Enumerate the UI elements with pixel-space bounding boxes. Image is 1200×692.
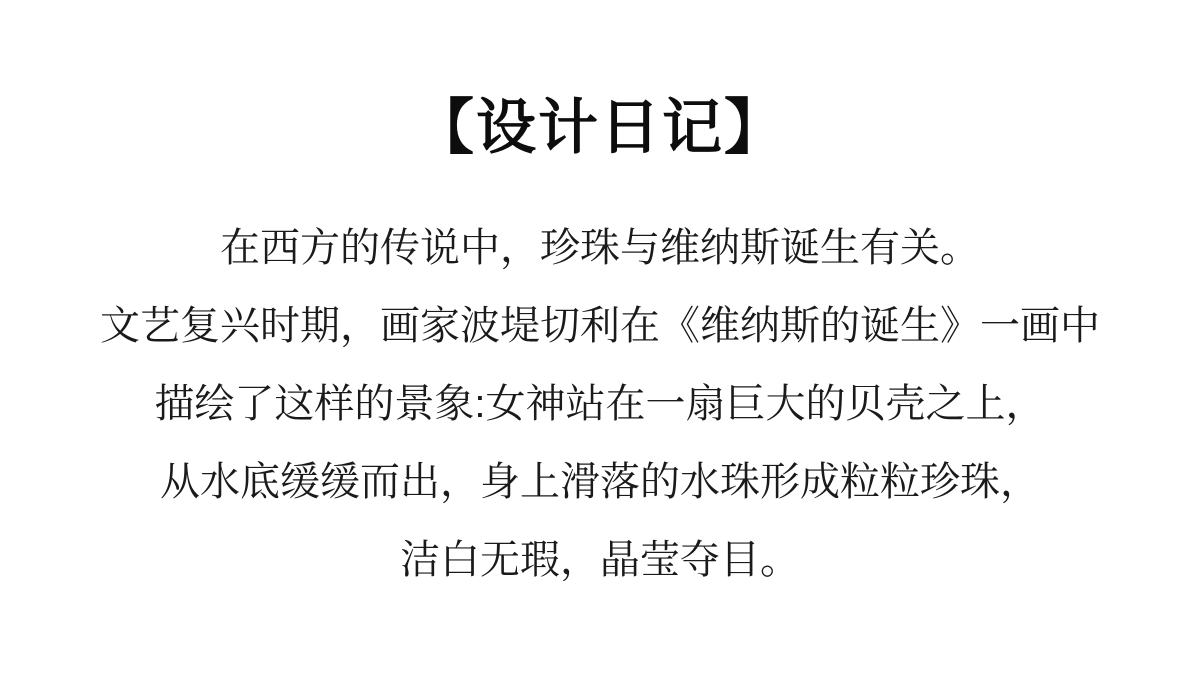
design-diary-slide: 【设计日记】 在西方的传说中，珍珠与维纳斯诞生有关。 文艺复兴时期，画家波堤切利…	[0, 0, 1200, 692]
body-line: 描绘了这样的景象:女神站在一扇巨大的贝壳之上，	[0, 365, 1200, 443]
slide-body-paragraph: 在西方的传说中，珍珠与维纳斯诞生有关。 文艺复兴时期，画家波堤切利在《维纳斯的诞…	[0, 209, 1200, 599]
body-line: 在西方的传说中，珍珠与维纳斯诞生有关。	[0, 209, 1200, 287]
body-line: 文艺复兴时期，画家波堤切利在《维纳斯的诞生》一画中	[0, 287, 1200, 365]
body-line: 从水底缓缓而出，身上滑落的水珠形成粒粒珍珠，	[0, 443, 1200, 521]
slide-title: 【设计日记】	[0, 88, 1200, 168]
body-line: 洁白无瑕，晶莹夺目。	[0, 521, 1200, 599]
